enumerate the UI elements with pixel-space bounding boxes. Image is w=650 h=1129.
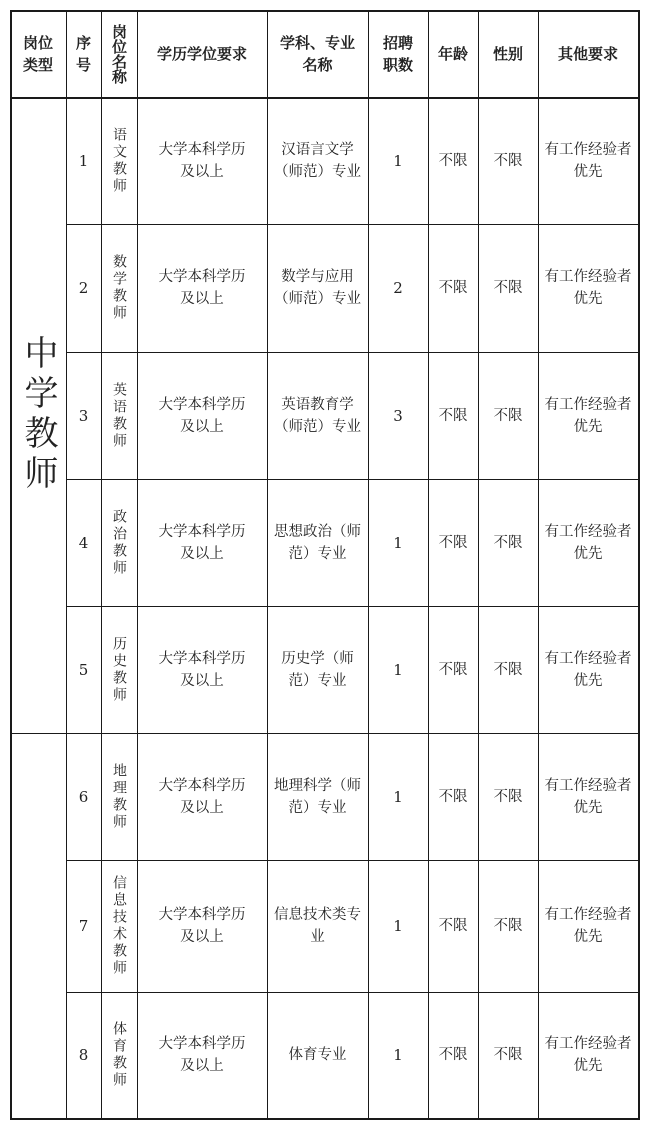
row-major: 地理科学（师范）专业 (267, 733, 368, 860)
row-gender: 不限 (478, 733, 538, 860)
row-other-text: 有工作经验者优先 (544, 266, 632, 310)
row-other: 有工作经验者优先 (538, 606, 638, 733)
row-major: 英语教育学（师范）专业 (267, 352, 368, 479)
header-no: 序号 (66, 10, 101, 97)
row-gender-text: 不限 (494, 405, 523, 427)
row-other-text: 有工作经验者优先 (544, 139, 632, 183)
row-quota: 1 (368, 97, 428, 224)
header-age: 年龄 (428, 10, 478, 97)
category-cell-text: 中学教师 (27, 335, 49, 495)
row-position-text: 英语教师 (110, 382, 128, 450)
row-age-text: 不限 (439, 150, 468, 172)
header-other-text: 其他要求 (558, 43, 618, 65)
header-position-text: 岗位名称 (109, 24, 129, 84)
row-major: 数学与应用（师范）专业 (267, 224, 368, 352)
header-education: 学历学位要求 (137, 10, 267, 97)
row-position: 政治教师 (101, 479, 137, 606)
row-quota: 1 (368, 479, 428, 606)
row-quota-text: 1 (393, 150, 403, 172)
row-quota: 3 (368, 352, 428, 479)
row-other-text: 有工作经验者优先 (544, 521, 632, 565)
row-quota-text: 3 (393, 405, 403, 427)
row-education: 大学本科学历及以上 (137, 606, 267, 733)
row-major-text: 体育专业 (274, 1044, 362, 1066)
row-gender: 不限 (478, 352, 538, 479)
header-quota: 招聘职数 (368, 10, 428, 97)
row-other-text: 有工作经验者优先 (544, 904, 632, 948)
row-major-text: 信息技术类专业 (274, 904, 362, 948)
row-major-text: 汉语言文学（师范）专业 (274, 139, 362, 183)
row-position-text: 政治教师 (110, 509, 128, 577)
row-gender: 不限 (478, 992, 538, 1118)
row-age: 不限 (428, 860, 478, 992)
row-gender-text: 不限 (494, 915, 523, 937)
row-education: 大学本科学历及以上 (137, 992, 267, 1118)
row-gender-text: 不限 (494, 150, 523, 172)
row-other: 有工作经验者优先 (538, 352, 638, 479)
row-position: 体育教师 (101, 992, 137, 1118)
category-cell: 中学教师 (10, 97, 66, 733)
row-no: 5 (66, 606, 101, 733)
row-education-text: 大学本科学历及以上 (152, 1033, 252, 1077)
row-education: 大学本科学历及以上 (137, 352, 267, 479)
row-major: 历史学（师范）专业 (267, 606, 368, 733)
header-category: 岗位类型 (10, 10, 66, 97)
row-quota-text: 1 (393, 786, 403, 808)
row-gender: 不限 (478, 479, 538, 606)
row-age-text: 不限 (439, 915, 468, 937)
row-quota: 1 (368, 733, 428, 860)
row-quota: 1 (368, 860, 428, 992)
row-no: 3 (66, 352, 101, 479)
row-other-text: 有工作经验者优先 (544, 1033, 632, 1077)
row-no-text: 4 (79, 532, 89, 554)
row-major: 思想政治（师范）专业 (267, 479, 368, 606)
row-age-text: 不限 (439, 277, 468, 299)
row-education-text: 大学本科学历及以上 (152, 775, 252, 819)
header-category-text: 岗位类型 (21, 32, 55, 76)
row-education: 大学本科学历及以上 (137, 860, 267, 992)
row-other: 有工作经验者优先 (538, 860, 638, 992)
row-gender: 不限 (478, 860, 538, 992)
row-no: 6 (66, 733, 101, 860)
header-major: 学科、专业名称 (267, 10, 368, 97)
row-quota: 2 (368, 224, 428, 352)
row-quota-text: 1 (393, 915, 403, 937)
row-age-text: 不限 (439, 786, 468, 808)
row-position: 地理教师 (101, 733, 137, 860)
row-no-text: 3 (79, 405, 89, 427)
row-quota-text: 1 (393, 659, 403, 681)
row-age: 不限 (428, 606, 478, 733)
row-no: 7 (66, 860, 101, 992)
row-position-text: 语文教师 (110, 127, 128, 195)
row-major-text: 历史学（师范）专业 (274, 648, 362, 692)
row-education: 大学本科学历及以上 (137, 97, 267, 224)
row-gender: 不限 (478, 224, 538, 352)
row-education-text: 大学本科学历及以上 (152, 648, 252, 692)
row-quota-text: 1 (393, 1044, 403, 1066)
row-age-text: 不限 (439, 405, 468, 427)
row-position-text: 历史教师 (110, 636, 128, 704)
row-position-text: 数学教师 (110, 254, 128, 322)
row-major: 信息技术类专业 (267, 860, 368, 992)
header-gender: 性别 (478, 10, 538, 97)
header-other: 其他要求 (538, 10, 638, 97)
row-gender-text: 不限 (494, 277, 523, 299)
header-no-text: 序号 (76, 32, 92, 76)
row-other: 有工作经验者优先 (538, 992, 638, 1118)
row-no: 8 (66, 992, 101, 1118)
header-age-text: 年龄 (438, 43, 468, 65)
row-gender-text: 不限 (494, 1044, 523, 1066)
row-education-text: 大学本科学历及以上 (152, 904, 252, 948)
row-education: 大学本科学历及以上 (137, 479, 267, 606)
row-age: 不限 (428, 224, 478, 352)
row-quota-text: 1 (393, 532, 403, 554)
row-major-text: 地理科学（师范）专业 (274, 775, 362, 819)
row-age-text: 不限 (439, 659, 468, 681)
row-position: 英语教师 (101, 352, 137, 479)
row-no: 1 (66, 97, 101, 224)
row-major-text: 数学与应用（师范）专业 (274, 266, 362, 310)
row-other-text: 有工作经验者优先 (544, 775, 632, 819)
header-gender-text: 性别 (493, 43, 523, 65)
row-no-text: 5 (79, 659, 89, 681)
row-no-text: 7 (79, 915, 89, 937)
row-major: 汉语言文学（师范）专业 (267, 97, 368, 224)
row-divider (10, 1118, 640, 1120)
row-age-text: 不限 (439, 532, 468, 554)
row-education-text: 大学本科学历及以上 (152, 266, 252, 310)
row-quota: 1 (368, 992, 428, 1118)
row-education-text: 大学本科学历及以上 (152, 139, 252, 183)
row-education-text: 大学本科学历及以上 (152, 394, 252, 438)
row-position: 信息技术教师 (101, 860, 137, 992)
row-major-text: 思想政治（师范）专业 (274, 521, 362, 565)
row-gender-text: 不限 (494, 786, 523, 808)
row-gender: 不限 (478, 97, 538, 224)
row-other: 有工作经验者优先 (538, 224, 638, 352)
row-no-text: 6 (79, 786, 89, 808)
row-no-text: 2 (79, 277, 89, 299)
row-position-text: 地理教师 (110, 763, 128, 831)
row-position-text: 体育教师 (110, 1021, 128, 1089)
row-no: 2 (66, 224, 101, 352)
column-divider (638, 10, 640, 1118)
row-gender: 不限 (478, 606, 538, 733)
row-education: 大学本科学历及以上 (137, 224, 267, 352)
header-education-text: 学历学位要求 (157, 43, 247, 65)
row-other: 有工作经验者优先 (538, 97, 638, 224)
row-no: 4 (66, 479, 101, 606)
row-age-text: 不限 (439, 1044, 468, 1066)
row-education: 大学本科学历及以上 (137, 733, 267, 860)
row-position-text: 信息技术教师 (110, 875, 128, 977)
row-other: 有工作经验者优先 (538, 479, 638, 606)
row-gender-text: 不限 (494, 532, 523, 554)
row-age: 不限 (428, 992, 478, 1118)
row-position: 数学教师 (101, 224, 137, 352)
header-major-text: 学科、专业名称 (278, 32, 358, 76)
row-gender-text: 不限 (494, 659, 523, 681)
header-position: 岗位名称 (101, 10, 137, 97)
row-quota-text: 2 (393, 277, 403, 299)
row-education-text: 大学本科学历及以上 (152, 521, 252, 565)
row-age: 不限 (428, 733, 478, 860)
row-age: 不限 (428, 479, 478, 606)
row-no-text: 8 (79, 1044, 89, 1066)
row-age: 不限 (428, 352, 478, 479)
row-age: 不限 (428, 97, 478, 224)
row-position: 语文教师 (101, 97, 137, 224)
row-other-text: 有工作经验者优先 (544, 648, 632, 692)
row-no-text: 1 (79, 150, 89, 172)
header-quota-text: 招聘职数 (381, 32, 415, 76)
row-other: 有工作经验者优先 (538, 733, 638, 860)
row-major: 体育专业 (267, 992, 368, 1118)
row-major-text: 英语教育学（师范）专业 (274, 394, 362, 438)
row-position: 历史教师 (101, 606, 137, 733)
row-other-text: 有工作经验者优先 (544, 394, 632, 438)
row-quota: 1 (368, 606, 428, 733)
